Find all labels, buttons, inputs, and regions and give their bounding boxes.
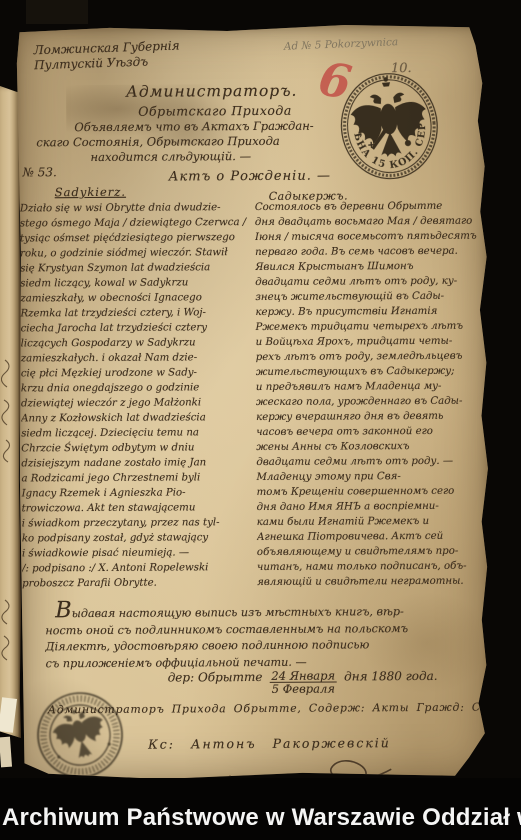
manuscript-line: a Rodzicami jego Chrzestnemi byli xyxy=(21,470,254,486)
manuscript-line: liczących Gospodarzy w Sadykrzu xyxy=(21,335,254,351)
manuscript-line: перваго года. Въ семь часовъ вечера. xyxy=(255,244,485,260)
handwriting-fragment-squiggle xyxy=(1,596,17,676)
manuscript-line: рехъ лѣтъ отъ роду, земледѣльцевъ xyxy=(256,349,486,365)
act-number: № 53. xyxy=(23,165,57,179)
manuscript-line: жены Анны съ Козловскихъ xyxy=(256,439,486,455)
dual-date: 24 Января 5 Февраля xyxy=(269,669,337,694)
act-title: Актъ о Рожденіи. — xyxy=(169,169,331,185)
manuscript-line: dziewiątej wieczór z jego Małżonki xyxy=(21,395,254,411)
manuscript-line: siedm liczącej. Dziecięciu temu na xyxy=(21,425,254,441)
prev-page-edge xyxy=(0,86,21,738)
manuscript-line: читанъ, нами только подписанъ, объ- xyxy=(257,559,487,575)
manuscript-line: кержу. Въ присутствіи Игнатія xyxy=(255,304,485,320)
manuscript-line: proboszcz Parafii Obrytte. xyxy=(22,575,255,591)
archive-caption: Archiwum Państwowe w Warszawie Oddział w… xyxy=(2,804,521,832)
region-header: Ломжинская Губернія Пултускій Уѣздъ xyxy=(33,39,180,74)
manuscript-line: Агнешка Піотровичева. Актъ сей xyxy=(257,529,487,545)
manuscript-line: zamieszkałych. i okazał Nam dzie- xyxy=(21,350,254,366)
manuscript-line: Явился Крыстыанъ Шимонъ xyxy=(255,259,485,275)
doc-preamble-line: скаго Состоянія, Обрытскаго Прихода xyxy=(36,134,279,149)
manuscript-line: кержу вчерашняго дня въ девять xyxy=(256,409,486,425)
manuscript-line: ko podpisany został, gdyż stawający xyxy=(22,530,255,546)
manuscript-line: ciecha Jarocha lat trzydzieści cztery xyxy=(21,320,254,336)
polish-text-column: Działo się w wsi Obrytte dnia dwudzie-st… xyxy=(20,200,255,591)
dateline: дер: Обрытте 24 Января 5 Февраля дня 188… xyxy=(168,669,438,696)
manuscript-line: двадцати седми лѣтъ отъ роду, ку- xyxy=(255,274,485,290)
manuscript-line: Rzemka lat trzydzieści cztery, i Woj- xyxy=(20,305,253,321)
manuscript-line: i świadkom przeczytany, przez nas tyl- xyxy=(22,515,255,531)
manuscript-line: Chrzcie Świętym odbytym w dniu xyxy=(21,440,254,456)
manuscript-line: dzisiejszym nadane zostało imię Jan xyxy=(21,455,254,471)
scanner-shadow xyxy=(26,0,88,24)
pencil-annotation: Ad № 5 Pokorzywnica xyxy=(284,36,399,53)
manuscript-line: i świadkowie pisać nieumieją. — xyxy=(22,545,255,561)
manuscript-line: /: podpisano :/ X. Antoni Ropelewski xyxy=(22,560,255,576)
certification-paragraph: Выдавая настоящую выпись изъ мѣстныхъ кн… xyxy=(45,600,483,673)
dateline-year: дня 1880 года. xyxy=(344,669,438,684)
manuscript-line: Младенцу этому при Свя- xyxy=(256,469,486,485)
manuscript-line: являющій и свидѣтели неграмотны. xyxy=(257,574,487,590)
manuscript-line: жительствующихъ въ Садыкержу; xyxy=(256,364,486,380)
manuscript-line: Іюня / тысяча восемьсотъ пятьдесятъ xyxy=(255,229,485,245)
left-column-heading: Sadykierz. xyxy=(55,185,126,199)
manuscript-line: дня дано Имя ЯНЪ а воспріемни- xyxy=(257,499,487,515)
manuscript-line: ками были Игнатій Ржемекъ и xyxy=(257,514,487,530)
manuscript-line: жескаго пола, урожденнаго въ Сады- xyxy=(256,394,486,410)
handwriting-fragment-squiggle xyxy=(1,356,17,466)
manuscript-line: Anny z Kozłowskich lat dwadzieścia xyxy=(21,410,254,426)
manuscript-line: и предъявилъ намъ Младенца му- xyxy=(256,379,486,395)
gregorian-date: 5 Февраля xyxy=(272,683,335,695)
manuscript-line: Выдавая настоящую выпись изъ мѣстныхъ кн… xyxy=(45,600,483,623)
manuscript-line: tysiąc ośmset pięćdziesiątego pierwszego xyxy=(20,230,253,246)
manuscript-line: Działo się w wsi Obrytte dnia dwudzie- xyxy=(20,200,253,216)
manuscript-line: часовъ вечера отъ законной его xyxy=(256,424,486,440)
manuscript-line: дня двадцать восьмаго Мая / девятаго xyxy=(255,214,485,230)
revenue-stamp: ЦѢНА 15 КОП. СЕР. xyxy=(334,66,444,185)
dateline-place: дер: Обрытте xyxy=(168,670,263,685)
manuscript-line: и Войцѣха Ярохъ, тридцати четы- xyxy=(256,334,486,350)
document-page: Ломжинская Губернія Пултускій Уѣздъ Ad №… xyxy=(16,23,491,782)
loose-paper-edge xyxy=(0,737,12,768)
manuscript-line: Ржемекъ тридцати четырехъ лѣтъ xyxy=(255,319,485,335)
manuscript-line: stego ósmego Maja / dziewiątego Czerwca … xyxy=(20,215,253,231)
manuscript-line: zamieszkały, w obecności Ignacego xyxy=(20,290,253,306)
manuscript-line: krzu dnia onegdajszego o godzinie xyxy=(21,380,254,396)
manuscript-line: томъ Крещеніи совершенномъ сего xyxy=(257,484,487,500)
doc-subtitle: Обрытскаго Прихода xyxy=(138,103,292,119)
manuscript-line: się Krystyan Szymon lat dwadzieścia xyxy=(20,260,253,276)
archive-caption-bar: Archiwum Państwowe w Warszawie Oddział w… xyxy=(0,778,521,840)
manuscript-line: trowiczowa. Akt ten stawającemu xyxy=(22,500,255,516)
manuscript-line: знецъ жительствующій въ Сады- xyxy=(255,289,485,305)
manuscript-line: siedm liczący, kowal w Sadykrzu xyxy=(20,275,253,291)
parish-seal-stamp xyxy=(24,679,136,791)
russian-text-column: Состоялось въ деревни Обрыттедня двадцат… xyxy=(255,199,487,590)
manuscript-line: roku, o godzinie siódmej wieczór. Stawił xyxy=(20,245,253,261)
manuscript-line: Ignacy Rzemek i Agnieszka Pio- xyxy=(22,485,255,501)
manuscript-line: двадцати седми лѣтъ отъ роду. — xyxy=(256,454,486,470)
doc-preamble-line: Объявляемъ что въ Актахъ Граждан- xyxy=(74,119,313,134)
manuscript-line: Состоялось въ деревни Обрытте xyxy=(255,199,485,215)
doc-preamble-line: находится слѣдующій. — xyxy=(90,149,251,164)
doc-title: Администраторъ. xyxy=(126,82,297,101)
manuscript-line: объявляющему и свидѣтелямъ про- xyxy=(257,544,487,560)
manuscript-line: cię płci Męzkiej urodzone w Sady- xyxy=(21,365,254,381)
